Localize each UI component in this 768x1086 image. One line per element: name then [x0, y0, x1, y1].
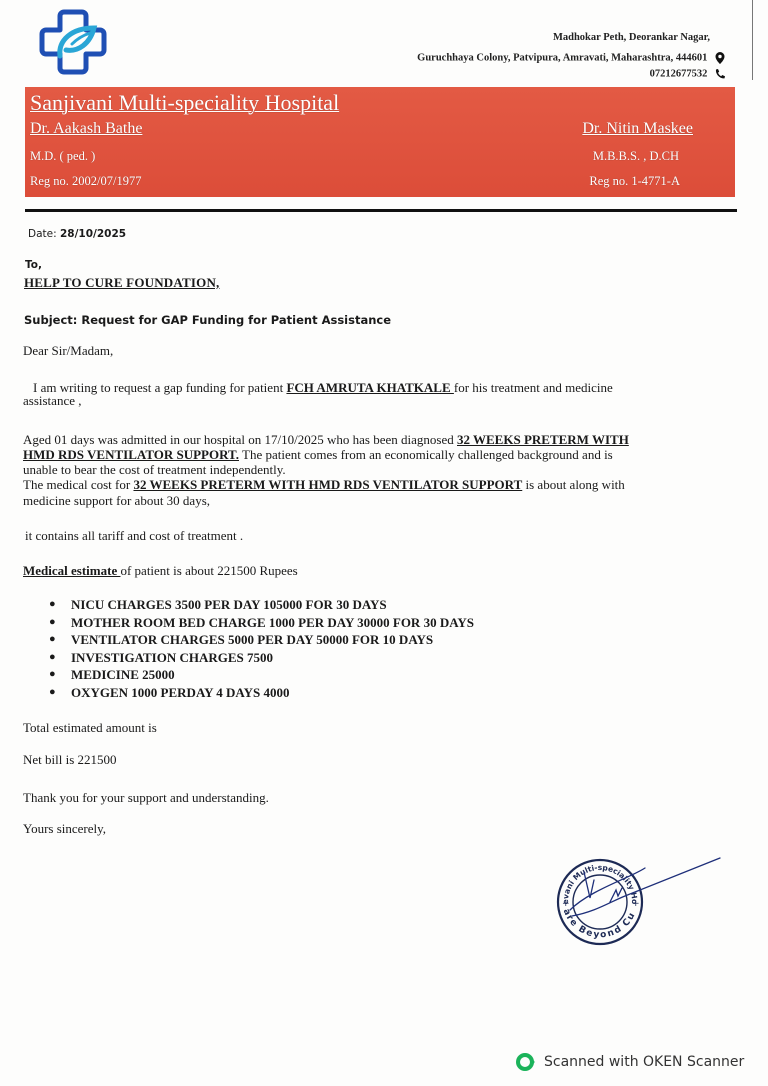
- address-line-1: Madhokar Peth, Deorankar Nagar,: [553, 32, 726, 43]
- doctor2-name: Dr. Nitin Maskee: [582, 120, 693, 138]
- location-pin-icon: [714, 51, 726, 65]
- bullet-icon: ●: [49, 631, 56, 649]
- oken-scanner-logo-icon: [516, 1052, 536, 1072]
- paragraph-2-line-1: Aged 01 days was admitted in our hospita…: [23, 432, 629, 447]
- bullet-icon: ●: [49, 614, 56, 632]
- scanner-watermark: Scanned with OKEN Scanner: [516, 1052, 744, 1072]
- page-edge: [752, 0, 753, 80]
- bullet-icon: ●: [49, 684, 56, 702]
- subject-line: Subject: Request for GAP Funding for Pat…: [24, 313, 391, 327]
- address-line-2: Guruchhaya Colony, Patvipura, Amravati, …: [417, 51, 726, 65]
- charges-list: ●NICU CHARGES 3500 PER DAY 105000 FOR 30…: [49, 596, 474, 701]
- patient-name: FCH AMRUTA KHATKALE: [286, 380, 453, 395]
- salutation: Dear Sir/Madam,: [23, 343, 113, 358]
- hospital-logo-icon: [38, 8, 110, 76]
- bullet-icon: ●: [49, 596, 56, 614]
- doctor1-name: Dr. Aakash Bathe: [30, 120, 142, 138]
- charge-item: ●MEDICINE 25000: [49, 666, 474, 684]
- svg-text:+: +: [562, 899, 570, 909]
- paragraph-2-line-2: HMD RDS VENTILATOR SUPPORT. The patient …: [23, 447, 613, 462]
- bullet-icon: ●: [49, 666, 56, 684]
- closing: Yours sincerely,: [23, 821, 106, 836]
- letter-date: Date: 28/10/2025: [28, 228, 126, 240]
- bullet-icon: ●: [49, 649, 56, 667]
- paragraph-2-line-3: unable to bear the cost of treatment ind…: [23, 462, 286, 477]
- letterhead-banner: Sanjivani Multi-speciality Hospital Dr. …: [25, 87, 735, 197]
- hospital-name: Sanjivani Multi-speciality Hospital: [30, 90, 339, 116]
- header-divider: [25, 209, 737, 212]
- paragraph-1-line-2: assistance ,: [23, 393, 81, 408]
- phone-line: 07212677532: [650, 68, 726, 80]
- net-bill: Net bill is 221500: [23, 752, 117, 767]
- charge-item: ●VENTILATOR CHARGES 5000 PER DAY 50000 F…: [49, 631, 474, 649]
- medical-estimate-label: Medical estimate: [23, 563, 120, 578]
- diagnosis-part-2: HMD RDS VENTILATOR SUPPORT.: [23, 447, 239, 462]
- to-label: To,: [25, 259, 42, 271]
- doctor2-reg: Reg no. 1-4771-A: [589, 174, 680, 189]
- diagnosis-full: 32 WEEKS PRETERM WITH HMD RDS VENTILATOR…: [133, 477, 522, 492]
- doctor2-qualification: M.B.B.S. , D.CH: [593, 149, 679, 164]
- svg-text:+: +: [632, 899, 640, 909]
- thanks-line: Thank you for your support and understan…: [23, 790, 269, 805]
- recipient-name: HELP TO CURE FOUNDATION,: [24, 275, 220, 291]
- charge-item: ●OXYGEN 1000 PERDAY 4 DAYS 4000: [49, 684, 474, 702]
- phone-icon: [714, 68, 726, 80]
- charge-item: ●MOTHER ROOM BED CHARGE 1000 PER DAY 300…: [49, 614, 474, 632]
- medical-estimate: Medical estimate of patient is about 221…: [23, 563, 298, 578]
- diagnosis-part-1: 32 WEEKS PRETERM WITH: [457, 432, 629, 447]
- doctor1-qualification: M.D. ( ped. ): [30, 149, 95, 164]
- charge-item: ●NICU CHARGES 3500 PER DAY 105000 FOR 30…: [49, 596, 474, 614]
- charge-item: ●INVESTIGATION CHARGES 7500: [49, 649, 474, 667]
- total-estimated-label: Total estimated amount is: [23, 720, 157, 735]
- paragraph-2-line-5: medicine support for about 30 days,: [23, 493, 210, 508]
- paragraph-3: it contains all tariff and cost of treat…: [25, 528, 243, 543]
- paragraph-1-line-1: I am writing to request a gap funding fo…: [33, 380, 613, 395]
- doctor1-reg: Reg no. 2002/07/1977: [30, 174, 141, 189]
- paragraph-2-line-4: The medical cost for 32 WEEKS PRETERM WI…: [23, 477, 625, 492]
- hospital-stamp-icon: Sanjeevani Multi-speciality Hospital Car…: [550, 850, 730, 955]
